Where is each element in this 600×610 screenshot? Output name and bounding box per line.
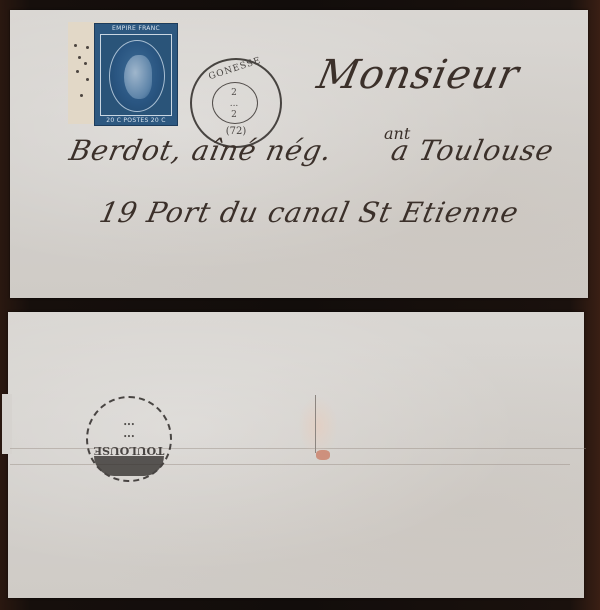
seal-crease [315,395,316,453]
stamp-portrait-oval [109,40,165,112]
arrival-postmark-arc [94,456,164,476]
address-superscript: ant [384,124,410,143]
address-line-1: Berdot, aîné nég. a Toulouse [66,134,557,167]
postage-stamp: EMPIRE FRANC 20 C POSTES 20 C [94,23,178,126]
address-name: Berdot, aîné nég. [66,134,335,167]
postmark-date: 2 ... 2 [214,88,254,121]
arrival-postmark-text: TOULOUSE ... ... [88,420,170,456]
stamp-bottom-text: 20 C POSTES 20 C [97,116,175,125]
wax-seal-remnant [316,450,330,460]
letter-fold-tab [2,394,12,454]
address-city: a Toulouse [388,134,557,167]
address-salutation: Monsieur [313,52,523,98]
seal-stain [298,396,338,456]
stamp-top-text: EMPIRE FRANC [97,24,175,33]
portrait-head-icon [124,55,152,99]
stamp-frame [100,34,172,116]
arrival-postmark: TOULOUSE ... ... [86,396,172,482]
address-line-2: 19 Port du canal St Etienne [96,196,522,229]
